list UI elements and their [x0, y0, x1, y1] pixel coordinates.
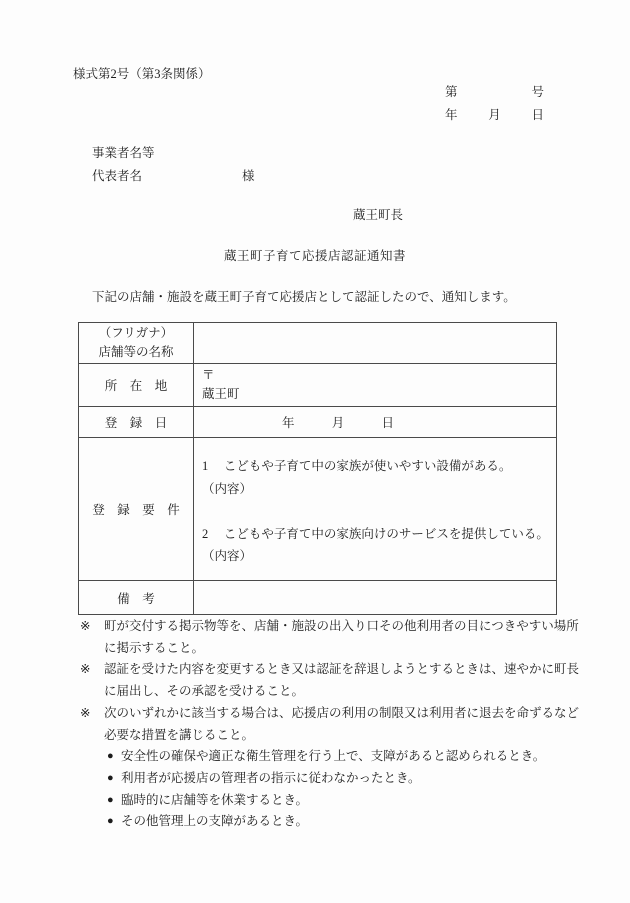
registration-date-label: 登 録 日	[105, 416, 168, 430]
bullet-icon: ●	[107, 790, 121, 812]
remarks-value-cell	[194, 581, 557, 615]
note-item: ※ 町が交付する掲示物等を、店舗・施設の出入り口その他利用者の目につきやすい場所…	[78, 616, 578, 659]
reference-mark-icon: ※	[78, 659, 104, 702]
doc-number-suffix: 号	[531, 82, 544, 105]
shop-name-row: （フリガナ） 店舗等の名称	[79, 323, 557, 364]
registration-date-label-cell: 登 録 日	[79, 407, 194, 438]
reg-date-day-label: 日	[381, 413, 394, 431]
registration-requirements-row: 登 録 要 件 1 こどもや子育て中の家族が使いやすい設備がある。 （内容） 2…	[79, 438, 557, 581]
date-year-label: 年	[445, 105, 458, 128]
shop-name-label-cell: （フリガナ） 店舗等の名称	[79, 323, 194, 364]
note-text: 次のいずれかに該当する場合は、応援店の利用の制限又は利用者に退去を命ずるなど 必…	[104, 703, 579, 746]
date-line: 年 月 日	[445, 105, 544, 128]
bullet-item: ● 利用者が応援店の管理者の指示に従わなかったとき。	[78, 768, 578, 790]
note-item: ※ 認証を受けた内容を変更するとき又は認証を辞退しようとするときは、速やかに町長…	[78, 659, 578, 702]
bullet-text: 安全性の確保や適正な衛生管理を行う上で、支障があると認められるとき。	[121, 746, 545, 768]
registration-requirements-value-cell: 1 こどもや子育て中の家族が使いやすい設備がある。 （内容） 2 こどもや子育て…	[194, 438, 557, 581]
representative-name-line: 代表者名 様	[92, 166, 312, 189]
registration-requirements-label: 登 録 要 件	[92, 503, 180, 517]
remarks-label-cell: 備 考	[79, 581, 194, 615]
bullet-item: ● 安全性の確保や適正な衛生管理を行う上で、支障があると認められるとき。	[78, 746, 578, 768]
representative-name-label: 代表者名	[92, 169, 142, 183]
bullet-icon: ●	[107, 811, 121, 833]
remarks-row: 備 考	[79, 581, 557, 615]
shop-name-label: （フリガナ） 店舗等の名称	[79, 324, 193, 363]
form-number: 様式第2号（第3条関係）	[73, 64, 211, 82]
address-row: 所 在 地 〒 蔵王町	[79, 364, 557, 407]
reference-mark-icon: ※	[78, 703, 104, 746]
recipient-block: 事業者名等 代表者名 様	[92, 143, 312, 188]
intro-text: 下記の店舗・施設を蔵王町子育て応援店として認証したので、通知します。	[92, 287, 516, 305]
notes-section: ※ 町が交付する掲示物等を、店舗・施設の出入り口その他利用者の目につきやすい場所…	[78, 616, 578, 833]
bullet-text: 利用者が応援店の管理者の指示に従わなかったとき。	[121, 768, 421, 790]
bullet-text: その他管理上の支障があるとき。	[121, 811, 308, 833]
remarks-label: 備 考	[117, 592, 155, 606]
date-day-label: 日	[531, 105, 544, 128]
business-name-line: 事業者名等	[92, 143, 312, 166]
reference-mark-icon: ※	[78, 616, 104, 659]
registration-date-value-cell: 年 月 日	[194, 407, 557, 438]
note-text: 町が交付する掲示物等を、店舗・施設の出入り口その他利用者の目につきやすい場所 に…	[104, 616, 579, 659]
reg-date-month-label: 月	[332, 413, 345, 431]
bullet-text: 臨時的に店舗等を休業するとき。	[121, 790, 308, 812]
document-number-block: 第 号 年 月 日	[445, 82, 544, 128]
reg-date-year-label: 年	[282, 413, 295, 431]
registration-date-row: 登 録 日 年 月 日	[79, 407, 557, 438]
date-month-label: 月	[488, 105, 501, 128]
document-page: 様式第2号（第3条関係） 第 号 年 月 日 事業者名等 代表者名 様 蔵王町長…	[0, 0, 630, 903]
registration-requirements-label-cell: 登 録 要 件	[79, 438, 194, 581]
address-label: 所 在 地	[105, 379, 168, 393]
bullet-item: ● その他管理上の支障があるとき。	[78, 811, 578, 833]
address-value: 〒 蔵王町	[202, 364, 556, 406]
note-text: 認証を受けた内容を変更するとき又は認証を辞退しようとするときは、速やかに町長 に…	[104, 659, 579, 702]
registration-requirements-value: 1 こどもや子育て中の家族が使いやすい設備がある。 （内容） 2 こどもや子育て…	[202, 450, 556, 567]
registration-date-value: 年 月 日	[282, 413, 394, 431]
shop-name-value-cell	[194, 323, 557, 364]
certification-table: （フリガナ） 店舗等の名称 所 在 地 〒 蔵王町 登 録 日 年 月 日	[78, 322, 557, 615]
note-item: ※ 次のいずれかに該当する場合は、応援店の利用の制限又は利用者に退去を命ずるなど…	[78, 703, 578, 746]
business-name-label: 事業者名等	[92, 146, 155, 160]
honorific-label: 様	[242, 166, 255, 184]
address-value-cell: 〒 蔵王町	[194, 364, 557, 407]
document-title: 蔵王町子育て応援店認証通知書	[0, 246, 630, 264]
document-number-line: 第 号	[445, 82, 544, 105]
address-label-cell: 所 在 地	[79, 364, 194, 407]
doc-number-prefix: 第	[445, 82, 458, 105]
bullet-item: ● 臨時的に店舗等を休業するとき。	[78, 790, 578, 812]
bullet-icon: ●	[107, 746, 121, 768]
sender-name: 蔵王町長	[353, 205, 403, 223]
bullet-icon: ●	[107, 768, 121, 790]
